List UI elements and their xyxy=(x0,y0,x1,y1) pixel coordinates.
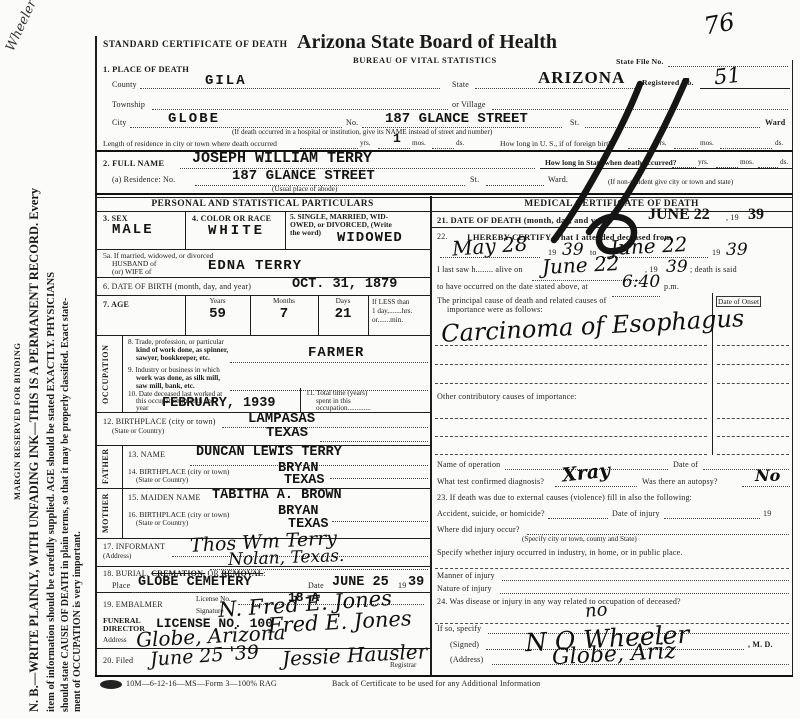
handwritten-scrawl-46 xyxy=(540,78,720,263)
margin-nb-line2: item of information should be carefully … xyxy=(46,52,59,712)
margin-scribble: Wheeler xyxy=(3,0,40,54)
item15-label: 15. MAIDEN NAME xyxy=(128,493,201,502)
injury-date-label: Date of injury xyxy=(612,509,660,518)
cell-divider xyxy=(122,335,123,412)
item10-label-3: year xyxy=(136,404,148,412)
if-so-label: If so, specify xyxy=(437,624,481,633)
rule-line xyxy=(332,513,428,522)
rule-line xyxy=(300,140,358,149)
rule-line xyxy=(440,249,540,258)
rule-line xyxy=(717,410,789,419)
item8-label-1: 8. Trade, profession, or particular xyxy=(128,338,224,346)
form-left-border xyxy=(95,36,97,675)
yrs-label: yrs. xyxy=(360,139,371,147)
rule-line xyxy=(548,510,608,519)
item9-label-2: work was done, as silk mill, xyxy=(136,374,220,382)
state-country-note: (State or Country) xyxy=(136,519,188,527)
rule-line xyxy=(612,288,660,297)
township-label: Township xyxy=(112,100,145,109)
margin-nb-line1: N. B.—WRITE PLAINLY, WITH UNFADING INK—T… xyxy=(27,52,44,712)
rule-line xyxy=(664,510,760,519)
rule-line xyxy=(95,249,430,250)
age-label: 7. AGE xyxy=(103,300,129,309)
stamp-number: 76 xyxy=(702,8,737,41)
mos-label: mos. xyxy=(740,158,754,166)
rule-line xyxy=(130,119,342,128)
abode-note: (Usual place of abode) xyxy=(272,185,337,193)
ward-label: Ward xyxy=(765,118,785,127)
days-value: 21 xyxy=(318,306,368,322)
injury-19-label: 19 xyxy=(763,509,771,518)
rule-line xyxy=(717,356,789,365)
rule-line xyxy=(435,410,707,419)
burial-place-label: Place xyxy=(112,581,130,590)
rule-line xyxy=(435,615,789,624)
father-side-label: FATHER xyxy=(101,447,115,486)
mos-label: mos. xyxy=(412,139,426,147)
occurred-label: to have occurred on the date stated abov… xyxy=(437,282,588,291)
rule-line xyxy=(95,335,430,336)
residence-length-label: Length of residence in city or town wher… xyxy=(103,139,277,148)
bureau-subtitle: BUREAU OF VITAL STATISTICS xyxy=(353,55,497,65)
occupation-value: FARMER xyxy=(308,345,364,361)
margin-nb-line3: should state CAUSE OF DEATH in plain ter… xyxy=(60,52,72,712)
cell-divider xyxy=(285,211,286,249)
rule-line xyxy=(152,101,448,110)
months-value: 7 xyxy=(250,306,318,322)
occupation-side-label: OCCUPATION xyxy=(101,338,115,410)
full-name-label: 2. FULL NAME xyxy=(103,158,164,168)
death-year-value: 39 xyxy=(748,206,764,224)
less-than-label-1: If LESS than xyxy=(372,298,410,306)
item14-label: 14. BIRTHPLACE (city or town) xyxy=(128,467,229,476)
rule-line xyxy=(717,375,789,384)
county-value: GILA xyxy=(205,73,247,89)
dob-label: 6. DATE OF BIRTH (month, day, and year) xyxy=(103,282,251,291)
principal-cause-label-2: importance were as follows: xyxy=(447,305,543,314)
funeral-address-label: Address xyxy=(103,636,127,644)
father-birthplace-state: TEXAS xyxy=(284,473,325,488)
specify-city-note: (Specify city or town, county and State) xyxy=(522,535,637,543)
form-right-border xyxy=(792,60,793,675)
last-saw-label: I last saw h........ alive on xyxy=(437,265,523,274)
ds-label: ds. xyxy=(780,158,788,166)
rule-line xyxy=(95,675,793,677)
form-imprint: 10M—6-12-16—MS—Form 3—100% RAG xyxy=(126,679,277,688)
rule-line xyxy=(95,295,430,296)
rule-line xyxy=(500,585,789,594)
spouse-value: EDNA TERRY xyxy=(208,258,302,274)
informant-address-label: (Address) xyxy=(103,552,131,560)
agency-title: Arizona State Board of Health xyxy=(297,31,557,54)
cell-divider xyxy=(185,211,186,249)
sex-value: MALE xyxy=(112,222,154,238)
item17-label: 17. INFORMANT xyxy=(103,542,165,551)
contributory-label: Other contributory causes of importance: xyxy=(437,392,577,401)
rule-line xyxy=(320,433,428,442)
physician-address-label: (Address) xyxy=(450,655,483,664)
ds-label: ds. xyxy=(456,139,464,147)
dob-value: OCT. 31, 1879 xyxy=(292,277,397,292)
signed-label: (Signed) xyxy=(450,640,479,649)
item11-label-1: 11. Total time (years) xyxy=(306,389,367,397)
rule-line xyxy=(486,177,544,186)
specify-injury-label: Specify whether injury occurred in indus… xyxy=(437,548,683,557)
manner-label: Manner of injury xyxy=(437,571,495,580)
item9-label-3: saw mill, bank, etc. xyxy=(136,382,195,390)
rule-line xyxy=(140,80,440,89)
marital-label-3: the word) xyxy=(290,228,321,237)
state-country-note: (State or Country) xyxy=(112,427,164,435)
column-divider xyxy=(430,196,432,675)
item8-label-2: kind of work done, as spinner, xyxy=(136,346,228,354)
test-label: What test confirmed diagnosis? xyxy=(437,477,544,486)
marital-value: WIDOWED xyxy=(337,230,403,246)
ds-label: ds. xyxy=(775,139,783,147)
mother-side-label: MOTHER xyxy=(101,491,115,535)
years-label: Years xyxy=(185,297,250,305)
rule-line xyxy=(435,560,789,569)
rule-line xyxy=(717,428,789,437)
hospital-note: (If death occurred in a hospital or inst… xyxy=(232,128,492,136)
race-value: WHITE xyxy=(208,223,265,239)
to-year-value: 39 xyxy=(726,240,748,260)
union-label-logo xyxy=(100,680,122,689)
item13-label: 13. NAME xyxy=(128,450,165,459)
mother-name-value: TABITHA A. BROWN xyxy=(212,488,342,503)
county-label: County xyxy=(112,80,137,89)
months-label: Months xyxy=(250,297,318,305)
city-label: City xyxy=(112,118,127,127)
rule-line xyxy=(435,337,707,346)
rule-line xyxy=(717,337,789,346)
rule-line xyxy=(435,375,707,384)
rule-line xyxy=(435,446,707,455)
rule-line xyxy=(717,446,789,455)
back-of-certificate-note: Back of Certificate to be used for any A… xyxy=(332,679,540,688)
autopsy-label: Was there an autopsy? xyxy=(642,477,718,486)
last-worked-value: FEBRUARY, 1939 xyxy=(162,396,275,411)
death-certificate-scan: { "margin": { "scribble": "Wheeler", "bi… xyxy=(0,0,800,719)
item18-colon: : xyxy=(263,569,265,578)
item11-label-3: occupation............. xyxy=(316,404,371,412)
state-label: State xyxy=(452,80,469,89)
item23-label: 23. If death was due to external causes … xyxy=(437,493,692,502)
item22-label: 22. xyxy=(437,232,448,241)
less-than-label-3: or.......min. xyxy=(372,316,403,324)
state-country-note: (State or Country) xyxy=(136,476,188,484)
wife-of-label: (or) WIFE of xyxy=(112,267,151,276)
less-than-label-2: 1 day,.......hrs. xyxy=(372,307,412,315)
rule-line xyxy=(527,526,789,535)
item8-label-3: sawyer, bookkeeper, etc. xyxy=(136,354,210,362)
registrar-label: Registrar xyxy=(390,661,416,669)
rule-line xyxy=(742,478,790,487)
rule-line xyxy=(132,584,302,593)
years-value: 59 xyxy=(185,306,250,322)
days-label: Days xyxy=(318,297,368,305)
rule-line xyxy=(555,478,637,487)
place-of-death-label: 1. PLACE OF DEATH xyxy=(103,64,189,74)
personal-section-title: PERSONAL AND STATISTICAL PARTICULARS xyxy=(95,199,430,209)
item12-label: 12. BIRTHPLACE (city or town) xyxy=(103,417,216,426)
rule-line xyxy=(330,470,428,479)
cell-divider xyxy=(300,388,301,412)
cell-divider xyxy=(122,445,123,488)
cell-divider xyxy=(368,295,369,335)
burial-year-value: 39 xyxy=(408,575,424,590)
margin-nb-line4: ment of OCCUPATION is very important. xyxy=(72,52,84,712)
item20-label: 20. Filed xyxy=(103,656,133,665)
md-label: , M. D. xyxy=(748,640,773,649)
burial-year-19: 19 xyxy=(398,581,406,590)
burial-date-label: Date xyxy=(308,581,324,590)
rule-line xyxy=(502,572,789,581)
cell-divider xyxy=(122,488,123,538)
principal-cause-label-1: The principal cause of death and related… xyxy=(437,296,606,305)
birthplace-state-value: TEXAS xyxy=(266,425,308,441)
physician-address-value: Globe, Ariz xyxy=(551,639,676,670)
item19-label: 19. EMBALMER xyxy=(103,600,163,609)
house-no-label: No. xyxy=(346,118,358,127)
margin-binding-note: MARGIN RESERVED FOR BINDING xyxy=(12,235,24,500)
operation-label: Name of operation xyxy=(437,460,500,469)
race-label: 4. COLOR OR RACE xyxy=(192,214,271,223)
form-type-title: STANDARD CERTIFICATE OF DEATH xyxy=(103,40,288,50)
street-value: 187 GLANCE STREET xyxy=(385,111,528,127)
rule-line xyxy=(720,140,772,149)
item16-label: 16. BIRTHPLACE (city or town) xyxy=(128,510,229,519)
rule-line xyxy=(435,356,707,365)
rule-line xyxy=(435,428,707,437)
state-file-no-label: State File No. xyxy=(616,57,664,66)
rule-line xyxy=(758,159,778,168)
item9-label-1: 9. Industry or business in which xyxy=(128,366,220,374)
accident-label: Accident, suicide, or homicide? xyxy=(437,509,545,518)
where-injury-label: Where did injury occur? xyxy=(437,525,520,534)
nature-label: Nature of injury xyxy=(437,584,492,593)
residence-label: (a) Residence: No. xyxy=(112,175,175,184)
rule-line xyxy=(378,140,410,149)
st-label: St. xyxy=(470,175,479,184)
operation-date-label: Date of xyxy=(673,460,698,469)
death-said-label: ; death is said xyxy=(690,265,737,274)
death-year-19: , 19 xyxy=(726,213,739,222)
item24-label: 24. Was disease or injury in any way rel… xyxy=(437,597,681,606)
village-label: or Village xyxy=(452,100,486,109)
rule-line xyxy=(432,140,454,149)
pm-label: p.m. xyxy=(664,282,679,291)
